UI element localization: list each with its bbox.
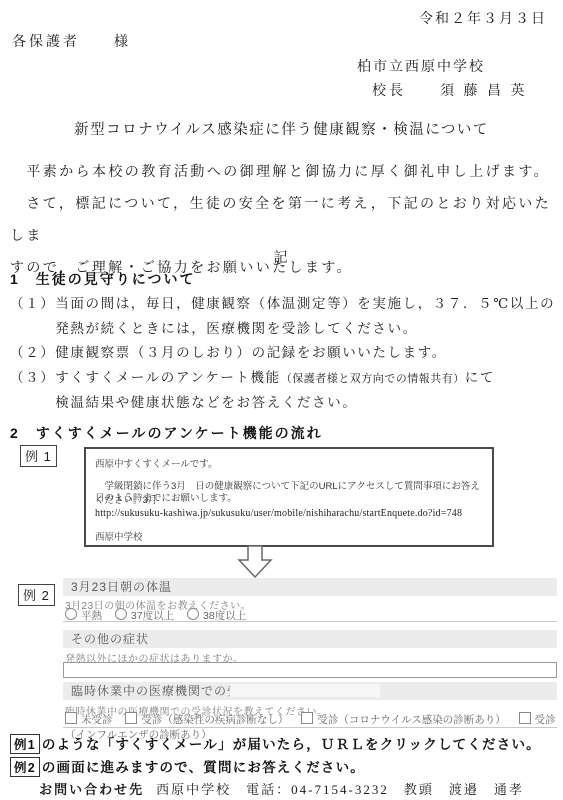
contact-detail: 西原中学校 電話：04-7154-3232 教頭 渡邉 通孝 xyxy=(156,782,524,797)
document-page: 令和２年３月３日 各保護者 様 柏市立西原中学校 校長 須 藤 昌 英 新型コロ… xyxy=(0,0,563,800)
radio-icon[interactable] xyxy=(115,608,127,620)
instruction-example1: 例1のような「すくすくメール」が届いたら，ＵＲＬをクリックしてください。 xyxy=(10,733,541,754)
radio-icon[interactable] xyxy=(65,608,77,620)
section2-heading: 2 すくすくメールのアンケート機能の流れ xyxy=(10,423,323,443)
list-item: （３）すくすくメールのアンケート機能（保護者様と双方向での情報共有）にて xyxy=(10,366,558,392)
form-section-header-symptoms: その他の症状 xyxy=(63,630,557,648)
checkbox-icon[interactable] xyxy=(125,712,137,724)
paragraph-line: さて，標記について，生徒の安全を第一に考え，下記のとおり対応いたしま xyxy=(10,189,555,253)
form-separator xyxy=(63,621,557,622)
example1-label: 例 1 xyxy=(20,445,57,467)
section1-items: （１）当面の間は，毎日，健康観察（体温測定等）を実施し，３７．５℃以上の 発熱が… xyxy=(10,292,558,416)
contact-label: お問い合わせ先 xyxy=(39,782,144,797)
checkbox-icon[interactable] xyxy=(65,712,77,724)
list-item: 検温結果や健康状態などをお答えください。 xyxy=(10,391,558,416)
ki-marker: 記 xyxy=(0,247,563,267)
example2-ref-label: 例2 xyxy=(10,757,40,777)
list-item: 発熱が続くときには，医療機関を受診してください。 xyxy=(10,317,558,342)
checkbox-option[interactable]: 受診（コロナウイルス感染の診断あり） xyxy=(301,714,505,726)
checkbox-icon[interactable] xyxy=(519,712,531,724)
principal-name: 校長 須 藤 昌 英 xyxy=(372,80,528,100)
checkbox-icon[interactable] xyxy=(301,712,313,724)
example1-mail-box: 西原中すくすくメールです。 学級閉鎖に伴う3月 日の健康観察について下記のURL… xyxy=(84,447,494,547)
list-item: （２）健康観察票（３月のしおり）の記録をお願いいたします。 xyxy=(10,341,558,366)
example2-label: 例 2 xyxy=(18,584,55,606)
enquete-url-link[interactable]: http://sukusuku-kashiwa.jp/sukusuku/user… xyxy=(95,508,462,519)
checkbox-option[interactable]: 未受診 xyxy=(65,714,113,726)
mail-body-line2: 日の１５時までにお願いします。 xyxy=(95,490,237,504)
highlight-artifact xyxy=(230,684,380,697)
form-separator xyxy=(63,727,557,728)
document-date: 令和２年３月３日 xyxy=(419,8,547,28)
school-name: 柏市立西原中学校 xyxy=(357,56,485,76)
example1-ref-label: 例1 xyxy=(10,734,40,754)
item3-parenthetical: （保護者様と双方向での情報共有） xyxy=(281,373,465,385)
paragraph-line: 平素から本校の教育活動への御理解と御協力に厚く御礼申し上げます。 xyxy=(10,157,555,189)
section1-heading: 1 生徒の見守りについて xyxy=(10,269,196,289)
contact-info: お問い合わせ先西原中学校 電話：04-7154-3232 教頭 渡邉 通孝 xyxy=(0,779,563,798)
mail-signature: 西原中学校 xyxy=(95,529,143,543)
instruction-example2: 例2の画面に進みますので、質問にお答えください。 xyxy=(10,756,365,777)
document-title: 新型コロナウイルス感染症に伴う健康観察・検温について xyxy=(0,118,563,139)
radio-icon[interactable] xyxy=(187,608,199,620)
checkbox-option[interactable]: 受診（感染性の疾病診断なし） xyxy=(125,714,288,726)
symptoms-text-input[interactable] xyxy=(63,662,557,678)
form-section-header-temperature: 3月23日朝の体温 xyxy=(63,578,557,596)
mail-greeting: 西原中すくすくメールです。 xyxy=(95,456,218,470)
list-item: （１）当面の間は，毎日，健康観察（体温測定等）を実施し，３７．５℃以上の xyxy=(10,292,558,317)
addressee: 各保護者 様 xyxy=(12,31,131,51)
